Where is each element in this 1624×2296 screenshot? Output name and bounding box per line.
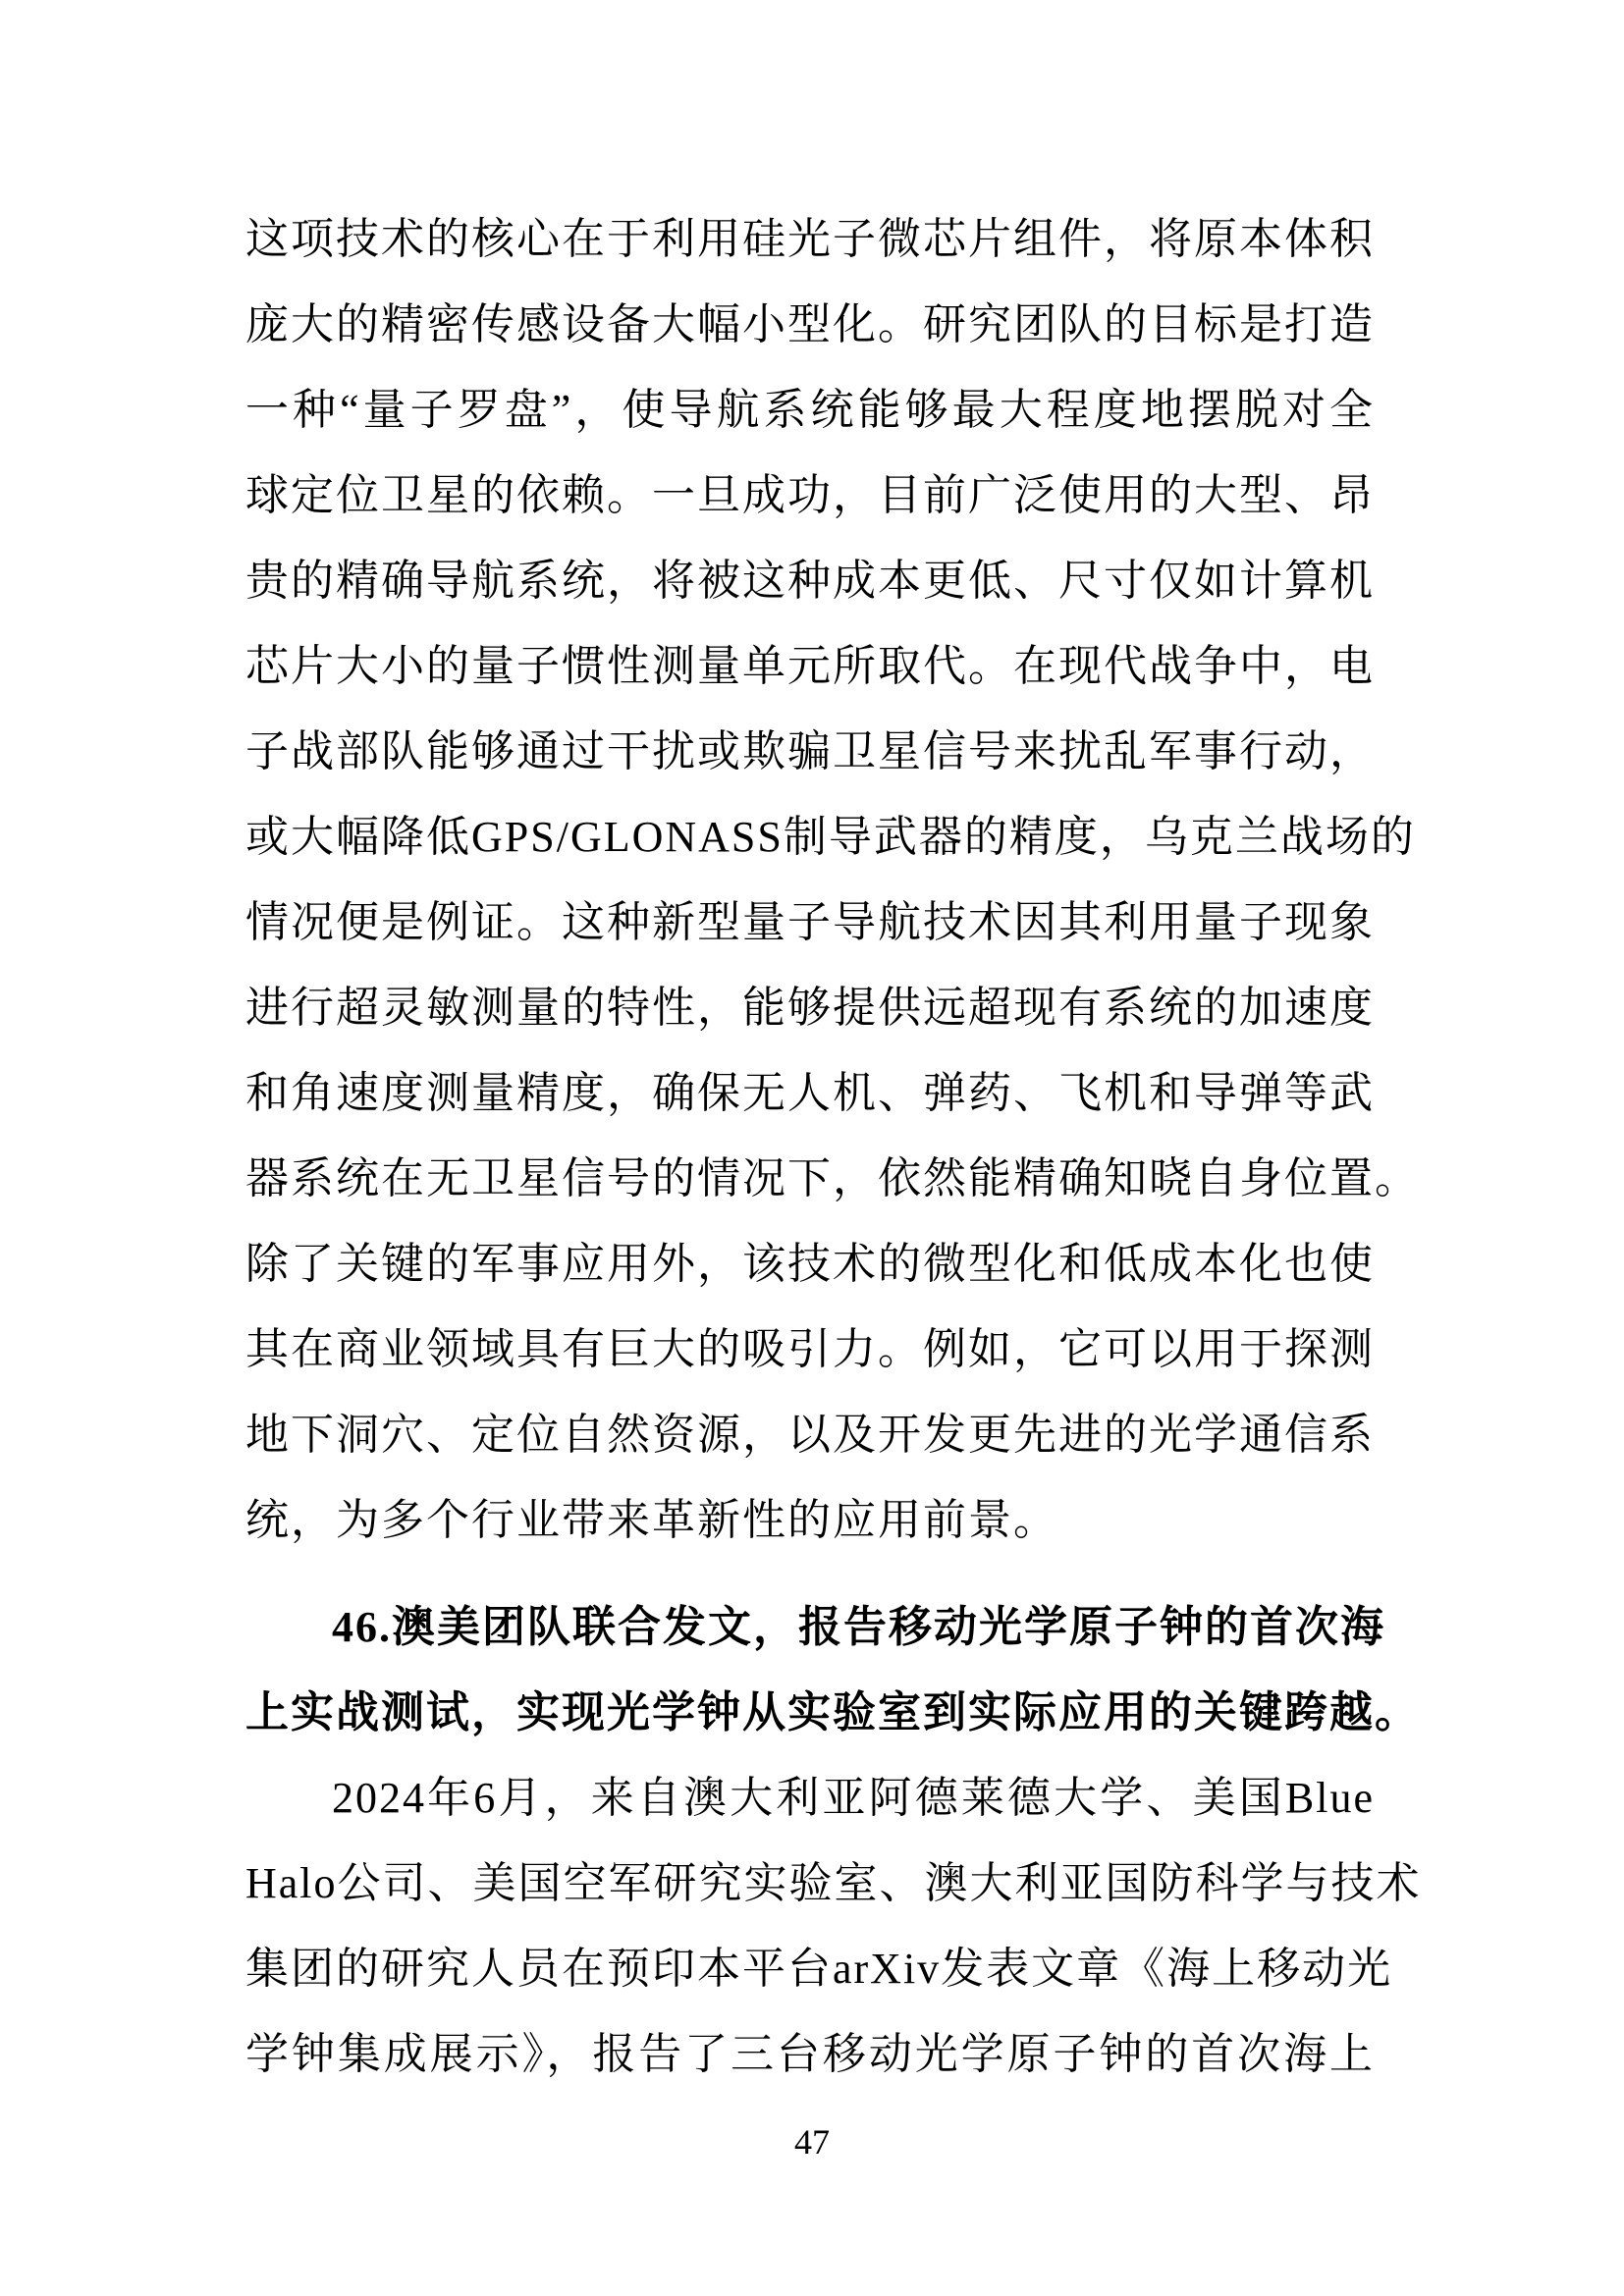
text-line: 其在商业领域具有巨大的吸引力。例如，它可以用于探测 xyxy=(245,1307,1375,1392)
text-line: 一种“量子罗盘”，使导航系统能够最大程度地摆脱对全 xyxy=(245,367,1375,453)
paragraph-quantum-navigation: 这项技术的核心在于利用硅光子微芯片组件，将原本体积 庞大的精密传感设备大幅小型化… xyxy=(245,196,1375,1563)
heading-line: 46.澳美团队联合发文，报告移动光学原子钟的首次海 xyxy=(245,1584,1375,1670)
text-line: 贵的精确导航系统，将被这种成本更低、尺寸仅如计算机 xyxy=(245,538,1375,623)
text-line: 统，为多个行业带来革新性的应用前景。 xyxy=(245,1477,1375,1563)
text-line: 2024年6月，来自澳大利亚阿德莱德大学、美国Blue xyxy=(245,1755,1375,1841)
text-line: 器系统在无卫星信号的情况下，依然能精确知晓自身位置。 xyxy=(245,1136,1375,1221)
text-line: 学钟集成展示》，报告了三台移动光学原子钟的首次海上 xyxy=(245,2011,1375,2097)
text-line: 芯片大小的量子惯性测量单元所取代。在现代战争中，电 xyxy=(245,623,1375,709)
text-line: 或大幅降低GPS/GLONASS制导武器的精度，乌克兰战场的 xyxy=(245,794,1375,880)
document-page: 这项技术的核心在于利用硅光子微芯片组件，将原本体积 庞大的精密传感设备大幅小型化… xyxy=(0,0,1624,2296)
section-heading-item-46: 46.澳美团队联合发文，报告移动光学原子钟的首次海 上实战测试，实现光学钟从实验… xyxy=(245,1584,1375,1755)
text-line: 地下洞穴、定位自然资源，以及开发更先进的光学通信系 xyxy=(245,1392,1375,1477)
text-line: 和角速度测量精度，确保无人机、弹药、飞机和导弹等武 xyxy=(245,1050,1375,1136)
text-line: 情况便是例证。这种新型量子导航技术因其利用量子现象 xyxy=(245,880,1375,965)
text-line: 集团的研究人员在预印本平台arXiv发表文章《海上移动光 xyxy=(245,1926,1375,2011)
text-line: 进行超灵敏测量的特性，能够提供远超现有系统的加速度 xyxy=(245,965,1375,1050)
text-line: 除了关键的军事应用外，该技术的微型化和低成本化也使 xyxy=(245,1221,1375,1307)
page-text-block: 这项技术的核心在于利用硅光子微芯片组件，将原本体积 庞大的精密传感设备大幅小型化… xyxy=(245,196,1375,2097)
text-line: 庞大的精密传感设备大幅小型化。研究团队的目标是打造 xyxy=(245,282,1375,367)
text-line: 这项技术的核心在于利用硅光子微芯片组件，将原本体积 xyxy=(245,196,1375,282)
paragraph-optical-clock: 2024年6月，来自澳大利亚阿德莱德大学、美国Blue Halo公司、美国空军研… xyxy=(245,1755,1375,2097)
heading-line: 上实战测试，实现光学钟从实验室到实际应用的关键跨越。 xyxy=(245,1670,1375,1755)
text-line: 球定位卫星的依赖。一旦成功，目前广泛使用的大型、昂 xyxy=(245,453,1375,538)
text-line: Halo公司、美国空军研究实验室、澳大利亚国防科学与技术 xyxy=(245,1841,1375,1926)
text-line: 子战部队能够通过干扰或欺骗卫星信号来扰乱军事行动， xyxy=(245,709,1375,794)
page-number: 47 xyxy=(0,2122,1624,2162)
